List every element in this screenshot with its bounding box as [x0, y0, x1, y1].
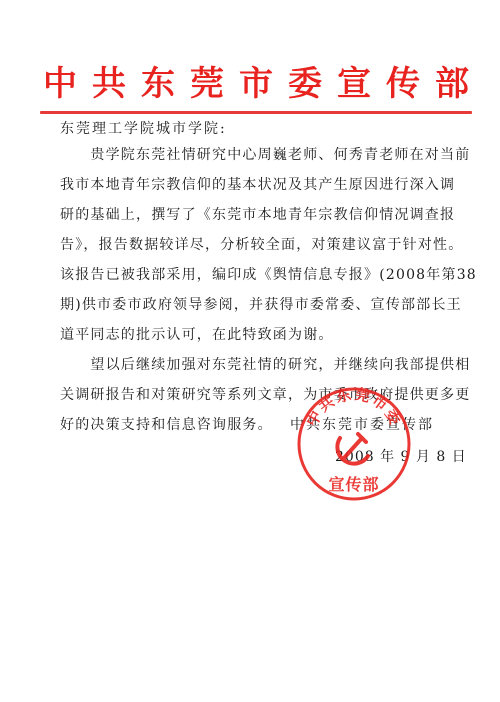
text-line: 研的基础上，撰写了《东莞市本地青年宗教信仰情况调查报 [60, 200, 452, 230]
text-line: 告》，报告数据较详尽，分析较全面，对策建议富于针对性。 [60, 230, 452, 260]
text-line: 我市本地青年宗教信仰的基本状况及其产生原因进行深入调 [60, 170, 452, 200]
paragraph-1: 贵学院东莞社情研究中心周巍老师、何秀青老师在对当前 我市本地青年宗教信仰的基本状… [60, 140, 452, 350]
text-line: 望以后继续加强对东莞社情的研究，并继续向我部提供相 [60, 350, 452, 380]
text-line: 期)供市委市政府领导参阅，并获得市委常委、宣传部部长王 [60, 290, 452, 320]
letterhead-rule [40, 111, 472, 114]
letterhead-char: 宣 [334, 62, 374, 106]
letterhead-char: 部 [432, 62, 472, 106]
text-line: 该报告已被我部采用，编印成《舆情信息专报》(2008年第38 [60, 260, 452, 290]
letterhead-char: 中 [40, 62, 80, 106]
letterhead-char: 莞 [187, 62, 227, 106]
signature: 中共东莞市委宣传部 [290, 414, 434, 436]
letterhead-char: 市 [236, 62, 276, 106]
salutation: 东莞理工学院城市学院: [60, 118, 227, 140]
letterhead-char: 委 [285, 62, 325, 106]
letterhead-char: 传 [383, 62, 423, 106]
letter-body: 贵学院东莞社情研究中心周巍老师、何秀青老师在对当前 我市本地青年宗教信仰的基本状… [60, 140, 452, 440]
letterhead-title: 中 共 东 莞 市 委 宣 传 部 [40, 62, 472, 106]
text-line: 关调研报告和对策研究等系列文章，为市委市政府提供更多更 [60, 380, 452, 410]
letterhead-char: 东 [138, 62, 178, 106]
seal-bottom-text: 宣传部 [328, 475, 379, 494]
letterhead-char: 共 [89, 62, 129, 106]
text-line: 贵学院东莞社情研究中心周巍老师、何秀青老师在对当前 [60, 140, 452, 170]
date: 2008 年 9 月 8 日 [335, 446, 467, 468]
text-line: 道平同志的批示认可，在此特致函为谢。 [60, 320, 452, 350]
